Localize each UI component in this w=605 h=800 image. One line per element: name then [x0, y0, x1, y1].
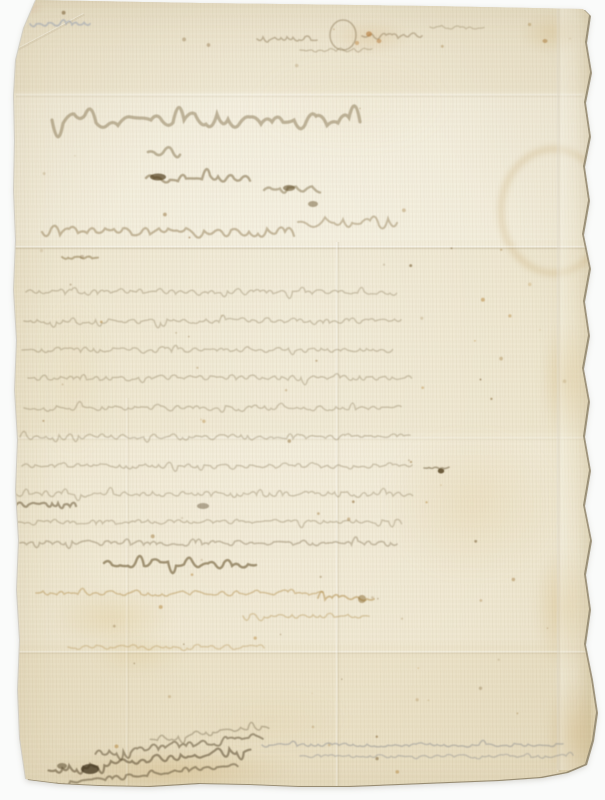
speck [181, 517, 183, 519]
speck [317, 512, 320, 515]
ink-stroke [24, 402, 401, 412]
ink-stroke [424, 467, 449, 469]
scan-page: { "scan": { "description": "Scanned vers… [0, 0, 605, 800]
speck [499, 357, 503, 361]
speck [311, 693, 312, 694]
speck [376, 736, 378, 738]
speck [74, 155, 76, 157]
ink-stroke [104, 556, 256, 573]
speck [196, 367, 198, 369]
speck [312, 726, 315, 729]
ink-stroke [30, 20, 90, 27]
letter-body-bleedthrough [16, 287, 413, 548]
speck [40, 249, 43, 252]
pencil-inventory-mark [30, 20, 90, 27]
speck [200, 419, 202, 421]
speck [528, 23, 531, 26]
speck [202, 420, 205, 423]
speck [474, 540, 477, 543]
signature-bleedthrough [104, 556, 256, 573]
ink-stroke [68, 644, 264, 650]
speck [62, 383, 64, 385]
bottom-left-address-bleedthrough [48, 721, 269, 787]
ink-stroke [42, 226, 294, 238]
ink-stroke [16, 503, 76, 509]
speck [508, 314, 511, 317]
ink-stroke [300, 48, 372, 52]
speck [440, 484, 442, 486]
ink-blob [81, 764, 99, 774]
ink-bleedthrough-layer [0, 0, 605, 800]
speck [189, 237, 191, 239]
paper-surface [0, 0, 605, 800]
speck [547, 628, 548, 629]
ink-stroke [16, 488, 413, 501]
ink-stroke [56, 762, 238, 787]
speck [516, 712, 518, 714]
postscript-faint-lines [36, 588, 374, 650]
ink-stroke [262, 740, 563, 747]
speck [375, 757, 378, 760]
speck [333, 28, 335, 30]
speck [528, 283, 531, 286]
speck [441, 45, 444, 48]
speck [479, 687, 482, 690]
ink-stroke [243, 613, 369, 620]
ink-stroke [62, 257, 98, 259]
speck [42, 420, 44, 422]
ink-blob [197, 503, 209, 509]
ink-blob [377, 39, 382, 43]
ink-smudges [57, 31, 548, 774]
ink-blob [57, 763, 67, 769]
speck [182, 37, 186, 41]
speck [512, 578, 515, 581]
ink-stroke [20, 431, 410, 442]
speck [163, 213, 167, 217]
speck [191, 573, 194, 576]
speck [421, 386, 424, 389]
ink-stroke [298, 217, 397, 229]
speck [201, 559, 203, 561]
paper-sheet [0, 0, 605, 800]
speck [451, 247, 453, 249]
ink-stroke [330, 20, 356, 50]
ink-blob [438, 469, 444, 474]
speck [320, 576, 322, 578]
ink-blob [283, 185, 295, 191]
speck [500, 249, 502, 251]
speck [480, 379, 482, 381]
ink-blob [355, 41, 359, 45]
ink-stroke [257, 36, 317, 42]
speck [70, 284, 72, 286]
ink-stroke [48, 745, 251, 779]
docket-line-bleedthrough [42, 217, 397, 259]
speck [188, 336, 189, 337]
speck [420, 317, 423, 320]
ink-stroke [20, 537, 397, 548]
speck [285, 389, 287, 391]
ink-stroke [22, 462, 412, 471]
speck [569, 38, 571, 40]
speck [396, 770, 400, 774]
speck [497, 658, 499, 660]
speck [539, 329, 541, 331]
ink-blob [543, 39, 548, 43]
speck [480, 599, 483, 602]
speck [409, 264, 412, 267]
speck [359, 108, 360, 109]
speck [490, 398, 492, 400]
scan-area [0, 0, 605, 800]
speck [416, 698, 419, 701]
speck [134, 663, 136, 665]
ink-stroke [24, 315, 401, 328]
speck [43, 172, 46, 175]
speck [474, 340, 476, 342]
speck [280, 634, 282, 636]
speck [183, 643, 185, 645]
speck [159, 605, 163, 609]
speck [151, 534, 155, 538]
speck [254, 636, 257, 639]
speck [410, 461, 412, 463]
speck [115, 744, 119, 748]
speck [428, 699, 430, 701]
speck [62, 11, 66, 15]
ink-stroke [18, 519, 402, 527]
speck [418, 668, 419, 669]
speck [175, 332, 177, 334]
speck [563, 380, 567, 384]
ink-stroke [300, 752, 573, 759]
speck [207, 43, 211, 47]
ink-stroke [52, 106, 360, 137]
speck [315, 360, 317, 362]
ink-stroke [26, 287, 397, 298]
speck [377, 598, 379, 600]
speck [295, 64, 299, 68]
speck [352, 500, 355, 503]
speck [408, 459, 410, 461]
small-ink-dash [424, 467, 449, 469]
ink-blob [358, 595, 366, 603]
ink-stroke [148, 147, 180, 157]
speck [401, 618, 403, 620]
speck [113, 625, 116, 628]
ink-blob [308, 201, 318, 207]
speck [168, 695, 171, 698]
ink-stroke [22, 345, 393, 354]
speck [425, 501, 427, 503]
bottom-pencil-annotation [262, 740, 573, 758]
speck [288, 439, 291, 442]
address-heading-bleedthrough [52, 106, 360, 193]
speck [341, 679, 342, 680]
speck [383, 263, 385, 265]
speck [481, 298, 485, 302]
ink-stroke [28, 374, 412, 385]
speck [402, 208, 406, 212]
ink-stroke [430, 26, 484, 29]
ink-blob [150, 174, 166, 181]
ink-stroke [36, 588, 323, 596]
ink-blob [366, 31, 372, 36]
